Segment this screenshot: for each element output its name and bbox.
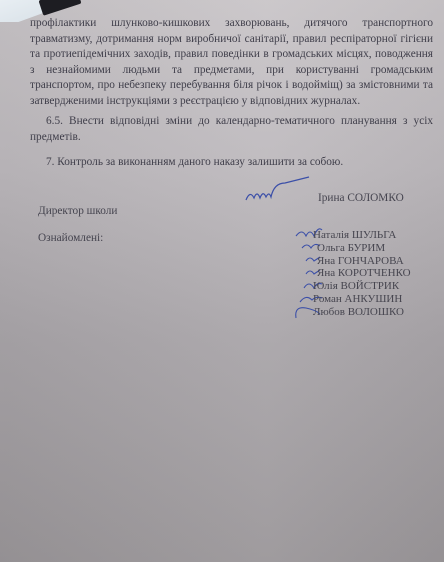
body-paragraph-continuation: профілактики шлунково-кишкових захворюва… <box>30 16 433 110</box>
acknowledged-name: Любов ВОЛОШКО <box>313 306 411 319</box>
acknowledged-names-list: Наталія ШУЛЬГА Ольга БУРИМ Яна ГОНЧАРОВА… <box>313 229 411 319</box>
director-signature-icon <box>244 178 314 208</box>
acknowledged-label: Ознайомлені: <box>38 232 103 244</box>
body-paragraph-7: 7. Контроль за виконанням даного наказу … <box>46 155 444 171</box>
director-name: Ірина СОЛОМКО <box>318 192 404 204</box>
item-7-text: 7. Контроль за виконанням даного наказу … <box>46 155 444 171</box>
body-paragraph-6-5: 6.5. Внести відповідні зміни до календар… <box>30 114 433 145</box>
item-6-5-text: 6.5. Внести відповідні зміни до календар… <box>30 114 433 145</box>
acknowledged-name: Юлія ВОЙСТРИК <box>313 280 411 293</box>
acknowledged-name: Наталія ШУЛЬГА <box>313 229 411 242</box>
director-position-label: Директор школи <box>38 205 117 217</box>
acknowledged-name: Яна КОРОТЧЕНКО <box>317 267 411 280</box>
acknowledged-name: Роман АНКУШИН <box>313 293 411 306</box>
acknowledged-name: Ольга БУРИМ <box>317 242 411 255</box>
continuation-text: профілактики шлунково-кишкових захворюва… <box>30 16 433 110</box>
acknowledged-name: Яна ГОНЧАРОВА <box>317 255 411 268</box>
